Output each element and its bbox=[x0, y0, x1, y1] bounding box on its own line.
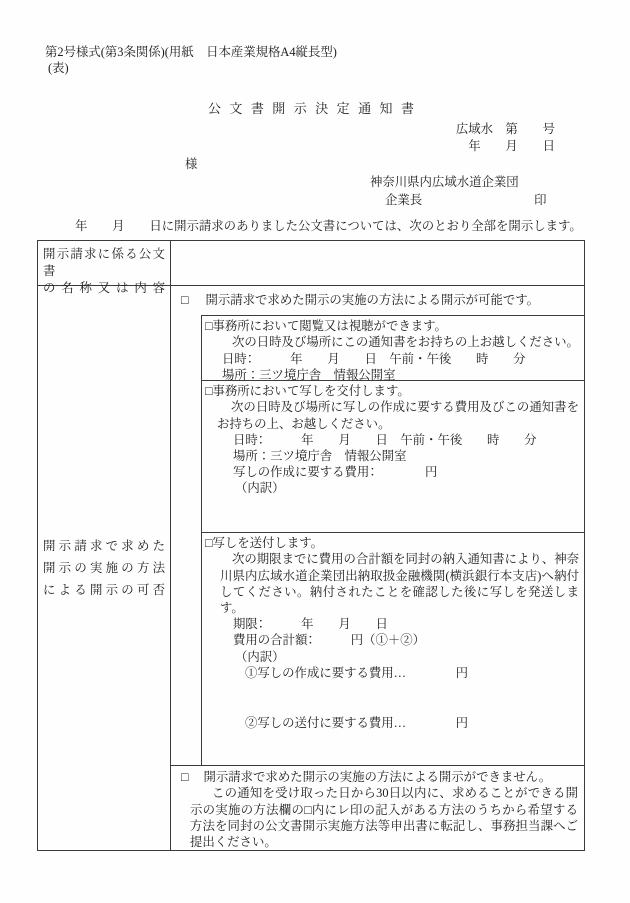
method-view-listen-box: □事務所において閲覧又は視聴ができます。 次の日時及び場所にこの通知書をお持ちの… bbox=[202, 316, 584, 381]
method-header-line3: による開示の可否 bbox=[43, 579, 165, 601]
method-view-note: 次の日時及び場所にこの通知書をお持ちの上お越しください。 bbox=[232, 334, 579, 350]
issuer-organization: 神奈川県内広域水道企業団 bbox=[370, 174, 585, 190]
document-number-line: 広域水 第 号 bbox=[37, 121, 555, 138]
seal-mark: 印 bbox=[534, 193, 546, 207]
method-view-datetime: 日時： 年 月 日 午前・午後 時 分 bbox=[222, 351, 579, 367]
disclosure-possible-heading: □ 開示請求で求めた開示の実施の方法による開示が可能です。 bbox=[171, 286, 584, 315]
method-copy-mail-item2: ②写しの送付に要する費用… 円 bbox=[245, 715, 579, 731]
method-header-line1: 開示請求で求めた bbox=[43, 535, 165, 557]
method-copy-office-note: 次の日時及び場所に写しの作成に要する費用及びこの通知書をお持ちの上、お越しくださ… bbox=[217, 399, 579, 431]
disclosure-possible-heading-text: 開示請求で求めた開示の実施の方法による開示が可能です。 bbox=[205, 292, 539, 308]
method-copy-mail-title: □写しを送付します。 bbox=[205, 535, 579, 551]
front-side-label: (表) bbox=[48, 60, 585, 76]
method-copy-mail-deadline: 期限： 年 月 日 bbox=[233, 616, 579, 632]
issuer-title-line: 企業長印 bbox=[385, 192, 585, 208]
document-number-block: 広域水 第 号 年 月 日 bbox=[37, 121, 585, 155]
document-name-header-cell: 開示請求に係る公文書 の名称又は内容 bbox=[38, 241, 171, 286]
disclosure-impossible-instructions: この通知を受け取った日から30日以内に、求めることができる開示の実施の方法欄の□… bbox=[190, 785, 578, 850]
method-copy-mail-note: 次の期限までに費用の合計額を同封の納入通知書により、神奈川県内広域水道企業団出納… bbox=[220, 551, 579, 616]
method-copy-office-datetime: 日時： 年 月 日 午前・午後 時 分 bbox=[233, 432, 579, 448]
document-page: 第2号様式(第3条関係)(用紙 日本産業規格A4縦長型) (表) 公文書開示決定… bbox=[0, 0, 630, 903]
method-copy-office-place: 場所：三ツ境庁舎 情報公開室 bbox=[233, 448, 579, 464]
intro-sentence: 年 月 日に開示請求のありました公文書については、次のとおり全部を開示します。 bbox=[75, 218, 585, 234]
disclosure-methods-box: □事務所において閲覧又は視聴ができます。 次の日時及び場所にこの通知書をお持ちの… bbox=[201, 315, 584, 766]
method-copy-mail-breakdown-label: （内訳） bbox=[235, 649, 579, 665]
method-copy-office-title: □事務所において写しを交付します。 bbox=[205, 383, 579, 399]
method-view-title: □事務所において閲覧又は視聴ができます。 bbox=[205, 318, 579, 334]
method-copy-office-fee: 写しの作成に要する費用： 円 bbox=[233, 464, 579, 480]
form-number-line: 第2号様式(第3条関係)(用紙 日本産業規格A4縦長型) bbox=[45, 44, 585, 60]
method-copy-office-box: □事務所において写しを交付します。 次の日時及び場所に写しの作成に要する費用及び… bbox=[202, 381, 584, 533]
method-copy-mail-total: 費用の合計額： 円（①＋②） bbox=[233, 632, 579, 648]
method-copy-mail-box: □写しを送付します。 次の期限までに費用の合計額を同封の納入通知書により、神奈川… bbox=[202, 533, 584, 766]
issue-date-line: 年 月 日 bbox=[37, 138, 555, 155]
addressee-line: 様 bbox=[185, 156, 585, 172]
document-name-value-cell bbox=[171, 241, 584, 286]
method-copy-mail-item1: ①写しの作成に要する費用… 円 bbox=[245, 665, 579, 681]
document-title: 公文書開示決定通知書 bbox=[37, 100, 585, 117]
disclosure-impossible-heading: □ 開示請求で求めた開示の実施の方法による開示ができません。 bbox=[181, 769, 578, 785]
disclosure-impossible-checkbox-icon: □ bbox=[181, 769, 188, 785]
disclosure-impossible-cell: □ 開示請求で求めた開示の実施の方法による開示ができません。 この通知を受け取っ… bbox=[171, 766, 584, 850]
method-availability-header-cell: 開示請求で求めた 開示の実施の方法 による開示の可否 bbox=[38, 286, 171, 850]
disclosure-possible-cell: □ 開示請求で求めた開示の実施の方法による開示が可能です。 □事務所において閲覧… bbox=[171, 286, 584, 766]
disclosure-possible-checkbox-icon: □ bbox=[181, 292, 188, 308]
issuer-title: 企業長 bbox=[385, 193, 422, 207]
method-copy-office-breakdown-label: （内訳） bbox=[235, 480, 579, 496]
disclosure-impossible-heading-text: 開示請求で求めた開示の実施の方法による開示ができません。 bbox=[203, 769, 551, 785]
disclosure-form-table: 開示請求に係る公文書 の名称又は内容 開示請求で求めた 開示の実施の方法 による… bbox=[37, 240, 585, 851]
document-name-header-line1: 開示請求に係る公文書 bbox=[43, 246, 165, 280]
method-header-line2: 開示の実施の方法 bbox=[43, 557, 165, 579]
